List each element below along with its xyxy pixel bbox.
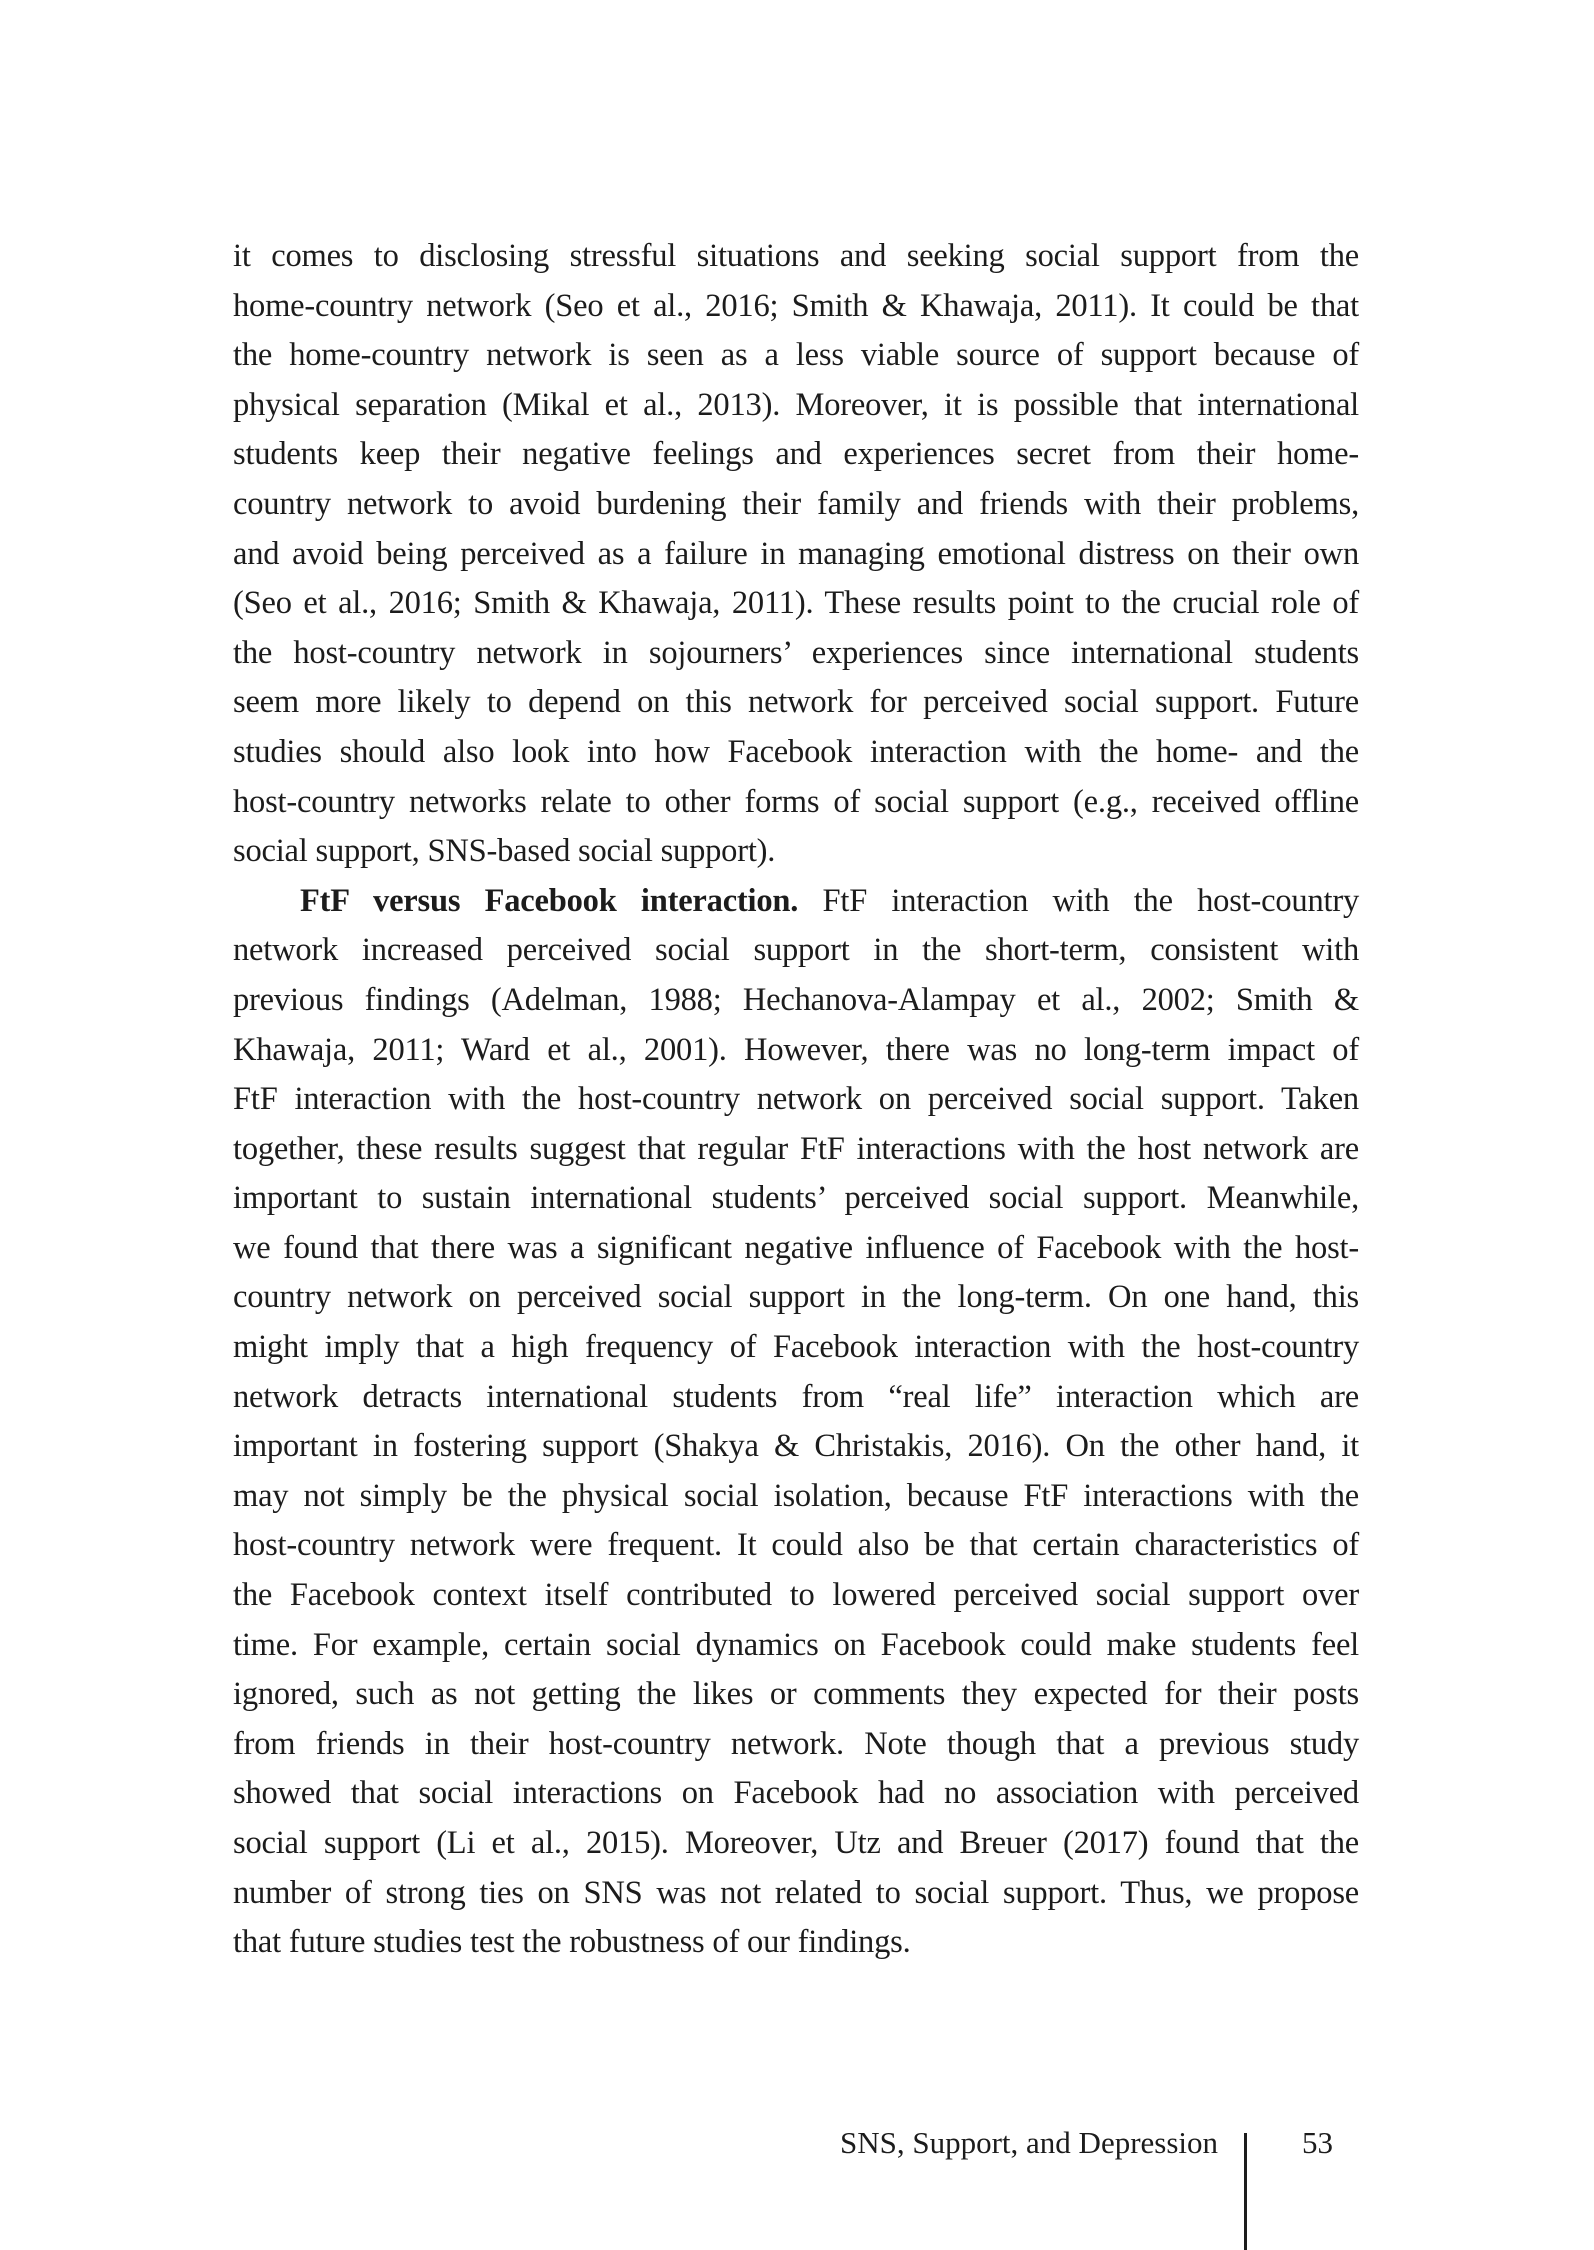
text-line: the home-country network is seen as a le… bbox=[233, 331, 1359, 381]
text-line: important in fostering support (Shakya &… bbox=[233, 1422, 1359, 1472]
page-number: 53 bbox=[1302, 2123, 1333, 2163]
text-line: network detracts international students … bbox=[233, 1373, 1359, 1423]
text-line: ignored, such as not getting the likes o… bbox=[233, 1670, 1359, 1720]
text-line: social support (Li et al., 2015). Moreov… bbox=[233, 1819, 1359, 1869]
text-line: students keep their negative feelings an… bbox=[233, 430, 1359, 480]
text-line: it comes to disclosing stressful situati… bbox=[233, 232, 1359, 282]
text-line: (Seo et al., 2016; Smith & Khawaja, 2011… bbox=[233, 579, 1359, 629]
text-line: and avoid being perceived as a failure i… bbox=[233, 530, 1359, 580]
text-line: physical separation (Mikal et al., 2013)… bbox=[233, 381, 1359, 431]
text-line: home-country network (Seo et al., 2016; … bbox=[233, 282, 1359, 332]
text-line: FtF interaction with the host-country ne… bbox=[233, 1075, 1359, 1125]
paragraph-1: it comes to disclosing stressful situati… bbox=[233, 232, 1359, 877]
text-run: FtF interaction with the host-country bbox=[798, 883, 1359, 919]
text-line: the Facebook context itself contributed … bbox=[233, 1571, 1359, 1621]
text-line: seem more likely to depend on this netwo… bbox=[233, 678, 1359, 728]
text-line: Khawaja, 2011; Ward et al., 2001). Howev… bbox=[233, 1026, 1359, 1076]
text-line: time. For example, certain social dynami… bbox=[233, 1621, 1359, 1671]
paragraph-2: FtF versus Facebook interaction. FtF int… bbox=[233, 877, 1359, 1968]
text-line: studies should also look into how Facebo… bbox=[233, 728, 1359, 778]
text-line: we found that there was a significant ne… bbox=[233, 1224, 1359, 1274]
text-line: country network on perceived social supp… bbox=[233, 1273, 1359, 1323]
text-line: might imply that a high frequency of Fac… bbox=[233, 1323, 1359, 1373]
text-line-with-heading: FtF versus Facebook interaction. FtF int… bbox=[233, 877, 1359, 927]
text-line: may not simply be the physical social is… bbox=[233, 1472, 1359, 1522]
body-text: it comes to disclosing stressful situati… bbox=[233, 232, 1359, 1968]
footer-divider bbox=[1244, 2133, 1247, 2250]
text-line: network increased perceived social suppo… bbox=[233, 926, 1359, 976]
text-line: together, these results suggest that reg… bbox=[233, 1125, 1359, 1175]
text-line: showed that social interactions on Faceb… bbox=[233, 1769, 1359, 1819]
text-line: number of strong ties on SNS was not rel… bbox=[233, 1869, 1359, 1919]
section-heading: FtF versus Facebook interaction. bbox=[300, 883, 798, 919]
text-line: the host-country network in sojourners’ … bbox=[233, 629, 1359, 679]
running-footer-title: SNS, Support, and Depression bbox=[840, 2123, 1218, 2163]
text-line: host-country networks relate to other fo… bbox=[233, 778, 1359, 828]
document-page: it comes to disclosing stressful situati… bbox=[0, 0, 1594, 2250]
text-line: that future studies test the robustness … bbox=[233, 1918, 1359, 1968]
text-line: social support, SNS-based social support… bbox=[233, 827, 1359, 877]
text-line: important to sustain international stude… bbox=[233, 1174, 1359, 1224]
text-line: previous findings (Adelman, 1988; Hechan… bbox=[233, 976, 1359, 1026]
text-line: from friends in their host-country netwo… bbox=[233, 1720, 1359, 1770]
text-line: country network to avoid burdening their… bbox=[233, 480, 1359, 530]
text-line: host-country network were frequent. It c… bbox=[233, 1521, 1359, 1571]
